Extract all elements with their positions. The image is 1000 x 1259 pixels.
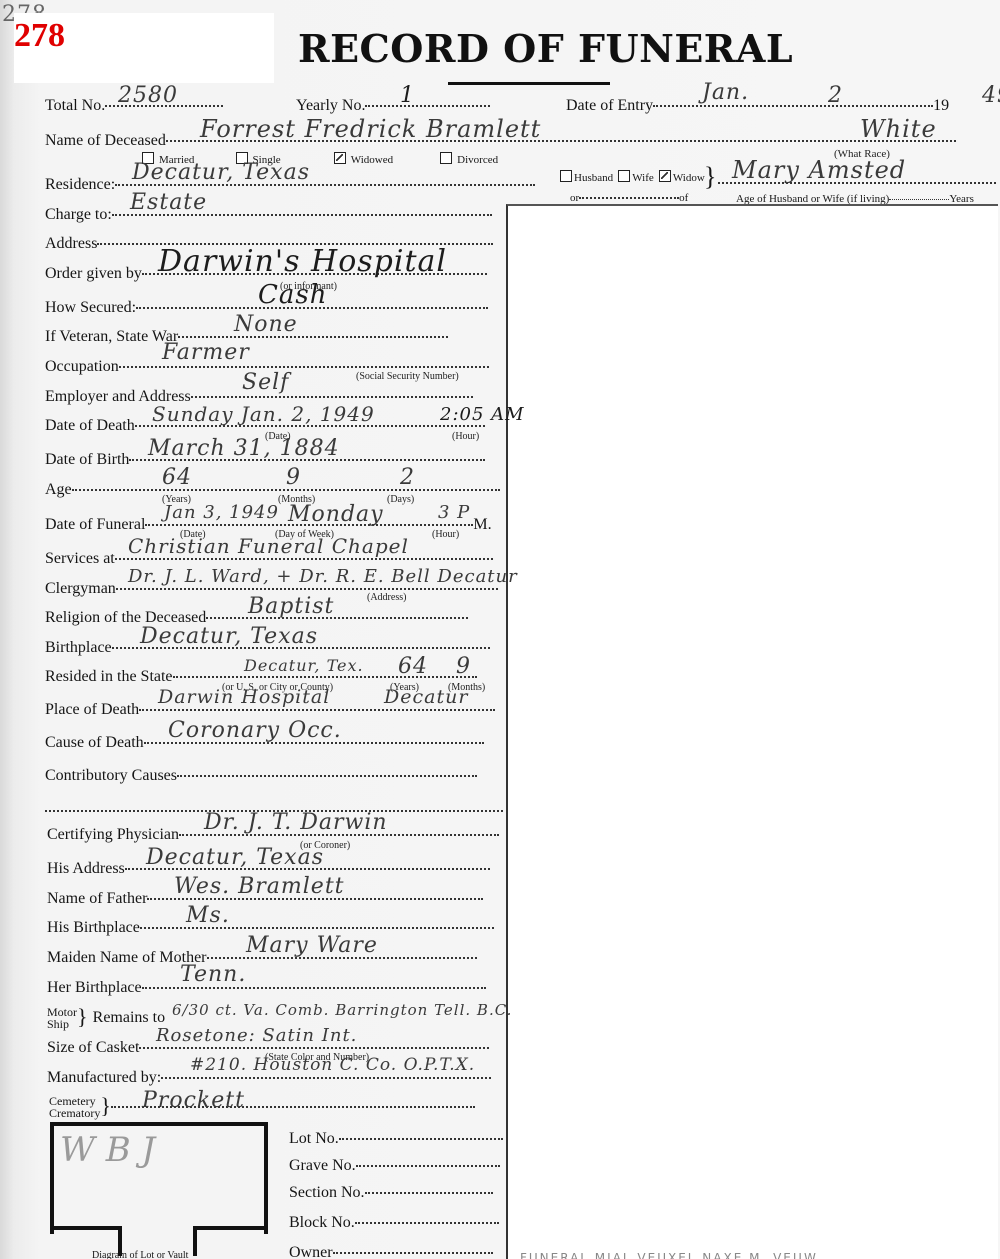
page-number-label: 278: [14, 13, 274, 83]
funeral-date-value: Jan 3, 1949: [164, 502, 279, 523]
cause-of-death-value: Coronary Occ.: [168, 718, 342, 743]
services-at-label: Services at: [45, 550, 115, 567]
date-of-entry-field: Date of Entry19: [566, 95, 949, 115]
funeral-dow-value: Monday: [288, 502, 384, 527]
date-of-entry-month: Jan.: [702, 80, 749, 105]
year-prefix: 19: [933, 97, 949, 114]
block-no-label: Block No.: [289, 1214, 355, 1231]
block-no-field: Block No.: [289, 1212, 499, 1232]
diagram-edge: [193, 1226, 197, 1256]
his-birthplace-label: His Birthplace: [47, 919, 140, 936]
resided-months-value: 9: [456, 654, 471, 679]
owner-field: Owner: [289, 1242, 493, 1259]
his-address-label: His Address: [47, 860, 125, 877]
remains-to-field: MotorShip} Remains to: [47, 1002, 165, 1030]
spouse-or-of: orof: [570, 186, 688, 205]
cemetery-value: Prockett: [142, 1088, 245, 1113]
date-of-entry-year: 49: [982, 83, 1000, 108]
contributory-causes-field: Contributory Causes: [45, 765, 477, 785]
remains-to-value: 6/30 ct. Va. Comb. Barrington Tell. B.C.: [172, 1001, 512, 1019]
yearly-no-label: Yearly No.: [296, 97, 365, 114]
employer-value: Self: [242, 370, 289, 395]
how-secured-label: How Secured:: [45, 299, 136, 316]
cemetery-field: CemeteryCrematory}: [49, 1091, 475, 1119]
veteran-value: None: [234, 312, 298, 337]
clergyman-label: Clergyman: [45, 580, 116, 597]
widowed-checkbox[interactable]: [334, 152, 346, 164]
size-of-casket-label: Size of Casket: [47, 1039, 139, 1056]
husband-label: Husband: [574, 172, 613, 184]
name-of-father-label: Name of Father: [47, 890, 147, 907]
her-birthplace-value: Tenn.: [180, 962, 246, 987]
hour-of-death-value: 2:05 AM: [440, 404, 525, 425]
place-of-death-label: Place of Death: [45, 701, 139, 718]
widow-checkbox[interactable]: [659, 170, 671, 182]
services-at-value: Christian Funeral Chapel: [128, 534, 409, 558]
title-underline: [448, 82, 610, 85]
charge-to-field: Charge to:: [45, 204, 492, 224]
age-label: Age: [45, 481, 72, 498]
clergyman-value: Dr. J. L. Ward, + Dr. R. E. Bell Decatur: [128, 566, 518, 587]
date-of-birth-label: Date of Birth: [45, 451, 129, 468]
name-of-father-value: Wes. Bramlett: [174, 874, 345, 899]
his-birthplace-value: Ms.: [186, 903, 230, 928]
resided-years-value: 64: [398, 654, 428, 679]
ssn-sublabel: (Social Security Number): [356, 371, 459, 382]
how-secured-value: Cash: [258, 280, 327, 310]
age-years-value: 64: [162, 465, 192, 490]
diagram-scribble: W B J: [60, 1130, 250, 1220]
contributory-causes-label: Contributory Causes: [45, 767, 177, 784]
funeral-hour-value: 3 P: [438, 502, 470, 523]
charge-to-label: Charge to:: [45, 206, 112, 223]
maiden-name-value: Mary Ware: [246, 933, 378, 958]
resided-place-value: Decatur, Tex.: [244, 656, 364, 675]
cause-of-death-label: Cause of Death: [45, 734, 144, 751]
divorced-checkbox[interactable]: [440, 152, 452, 164]
veteran-label: If Veteran, State War: [45, 328, 178, 345]
widow-label: Widow: [673, 172, 705, 184]
yearly-no-field: Yearly No.: [296, 95, 490, 115]
address-label: Address: [45, 235, 97, 252]
her-birthplace-label: Her Birthplace: [47, 979, 142, 996]
wife-checkbox[interactable]: [618, 170, 630, 182]
spouse-brace: }: [704, 160, 716, 190]
certifying-physician-label: Certifying Physician: [47, 826, 179, 843]
diagram-edge: [193, 1226, 264, 1230]
date-of-death-value: Sunday Jan. 2, 1949: [152, 402, 375, 426]
of-label: of: [679, 192, 688, 204]
funeral-hour-sublabel: (Hour): [432, 529, 459, 540]
order-given-by-label: Order given by: [45, 265, 142, 282]
manufactured-by-value: #210. Houston C. Co. O.P.T.X.: [190, 1055, 475, 1075]
date-of-entry-day: 2: [828, 83, 843, 108]
charge-to-value: Estate: [130, 190, 207, 215]
or-label: or: [570, 192, 579, 204]
deceased-name-value: Forrest Fredrick Bramlett: [200, 115, 541, 143]
yearly-no-value: 1: [400, 83, 415, 108]
occupation-label: Occupation: [45, 358, 119, 375]
widowed-label: Widowed: [351, 154, 393, 166]
total-no-value: 2580: [118, 83, 178, 108]
order-given-by-value: Darwin's Hospital: [158, 244, 447, 279]
wife-label: Wife: [632, 172, 654, 184]
grave-no-field: Grave No.: [289, 1155, 500, 1175]
grave-no-label: Grave No.: [289, 1157, 356, 1174]
date-of-funeral-label: Date of Funeral: [45, 516, 145, 533]
blank-right-panel: [506, 204, 998, 1259]
lot-no-label: Lot No.: [289, 1130, 339, 1147]
residence-label: Residence:: [45, 176, 115, 193]
divorced-label: Divorced: [457, 154, 498, 166]
pm-suffix: M.: [473, 516, 491, 533]
race-value: White: [860, 115, 937, 143]
diagram-caption: Diagram of Lot or Vault: [92, 1250, 188, 1259]
manufactured-by-label: Manufactured by:: [47, 1069, 161, 1086]
place-of-death-value: Darwin Hospital: [158, 686, 330, 708]
total-no-label: Total No.: [45, 97, 105, 114]
size-of-casket-value: Rosetone: Satin Int.: [156, 1025, 357, 1046]
diagram-edge: [50, 1226, 122, 1230]
residence-value: Decatur, Texas: [132, 160, 310, 185]
days-sublabel: (Days): [387, 494, 414, 505]
date-of-birth-value: March 31, 1884: [148, 436, 340, 461]
resided-in-state-label: Resided in the State: [45, 668, 173, 685]
section-no-field: Section No.: [289, 1182, 493, 1202]
lot-no-field: Lot No.: [289, 1128, 503, 1148]
remains-to-label: Remains to: [93, 1009, 165, 1026]
age-field: Age: [45, 479, 500, 499]
form-title: RECORD OF FUNERAL: [298, 26, 793, 71]
age-days-value: 2: [400, 465, 415, 490]
page-number: 278: [14, 17, 65, 55]
birthplace-label: Birthplace: [45, 639, 112, 656]
her-birthplace-field: Her Birthplace: [47, 977, 486, 997]
age-months-value: 9: [286, 465, 301, 490]
birthplace-value: Decatur, Texas: [140, 624, 318, 649]
owner-label: Owner: [289, 1244, 333, 1259]
faint-bottom-text: FUNERAL MIAL VEUXEL NAXE M. VEIIW: [520, 1251, 818, 1259]
cemetery-crematory-stack: CemeteryCrematory: [49, 1095, 100, 1119]
spouse-name-value: Mary Amsted: [732, 156, 906, 184]
his-address-value: Decatur, Texas: [146, 845, 324, 870]
certifying-physician-value: Dr. J. T. Darwin: [204, 810, 388, 835]
date-of-entry-label: Date of Entry: [566, 97, 653, 114]
date-of-death-label: Date of Death: [45, 417, 135, 434]
religion-value: Baptist: [248, 594, 334, 619]
address-sublabel: (Address): [367, 592, 406, 603]
section-no-label: Section No.: [289, 1184, 365, 1201]
ship-label: Ship: [47, 1017, 69, 1031]
spouse-type-group: Husband Wife Widow: [560, 166, 705, 185]
husband-checkbox[interactable]: [560, 170, 572, 182]
occupation-value: Farmer: [162, 340, 250, 365]
place-of-death-city: Decatur: [384, 686, 468, 708]
crematory-label: Crematory: [49, 1106, 100, 1120]
motor-ship-stack: MotorShip: [47, 1006, 77, 1030]
name-label: Name of Deceased: [45, 132, 166, 149]
hour-sublabel: (Hour): [452, 431, 479, 442]
